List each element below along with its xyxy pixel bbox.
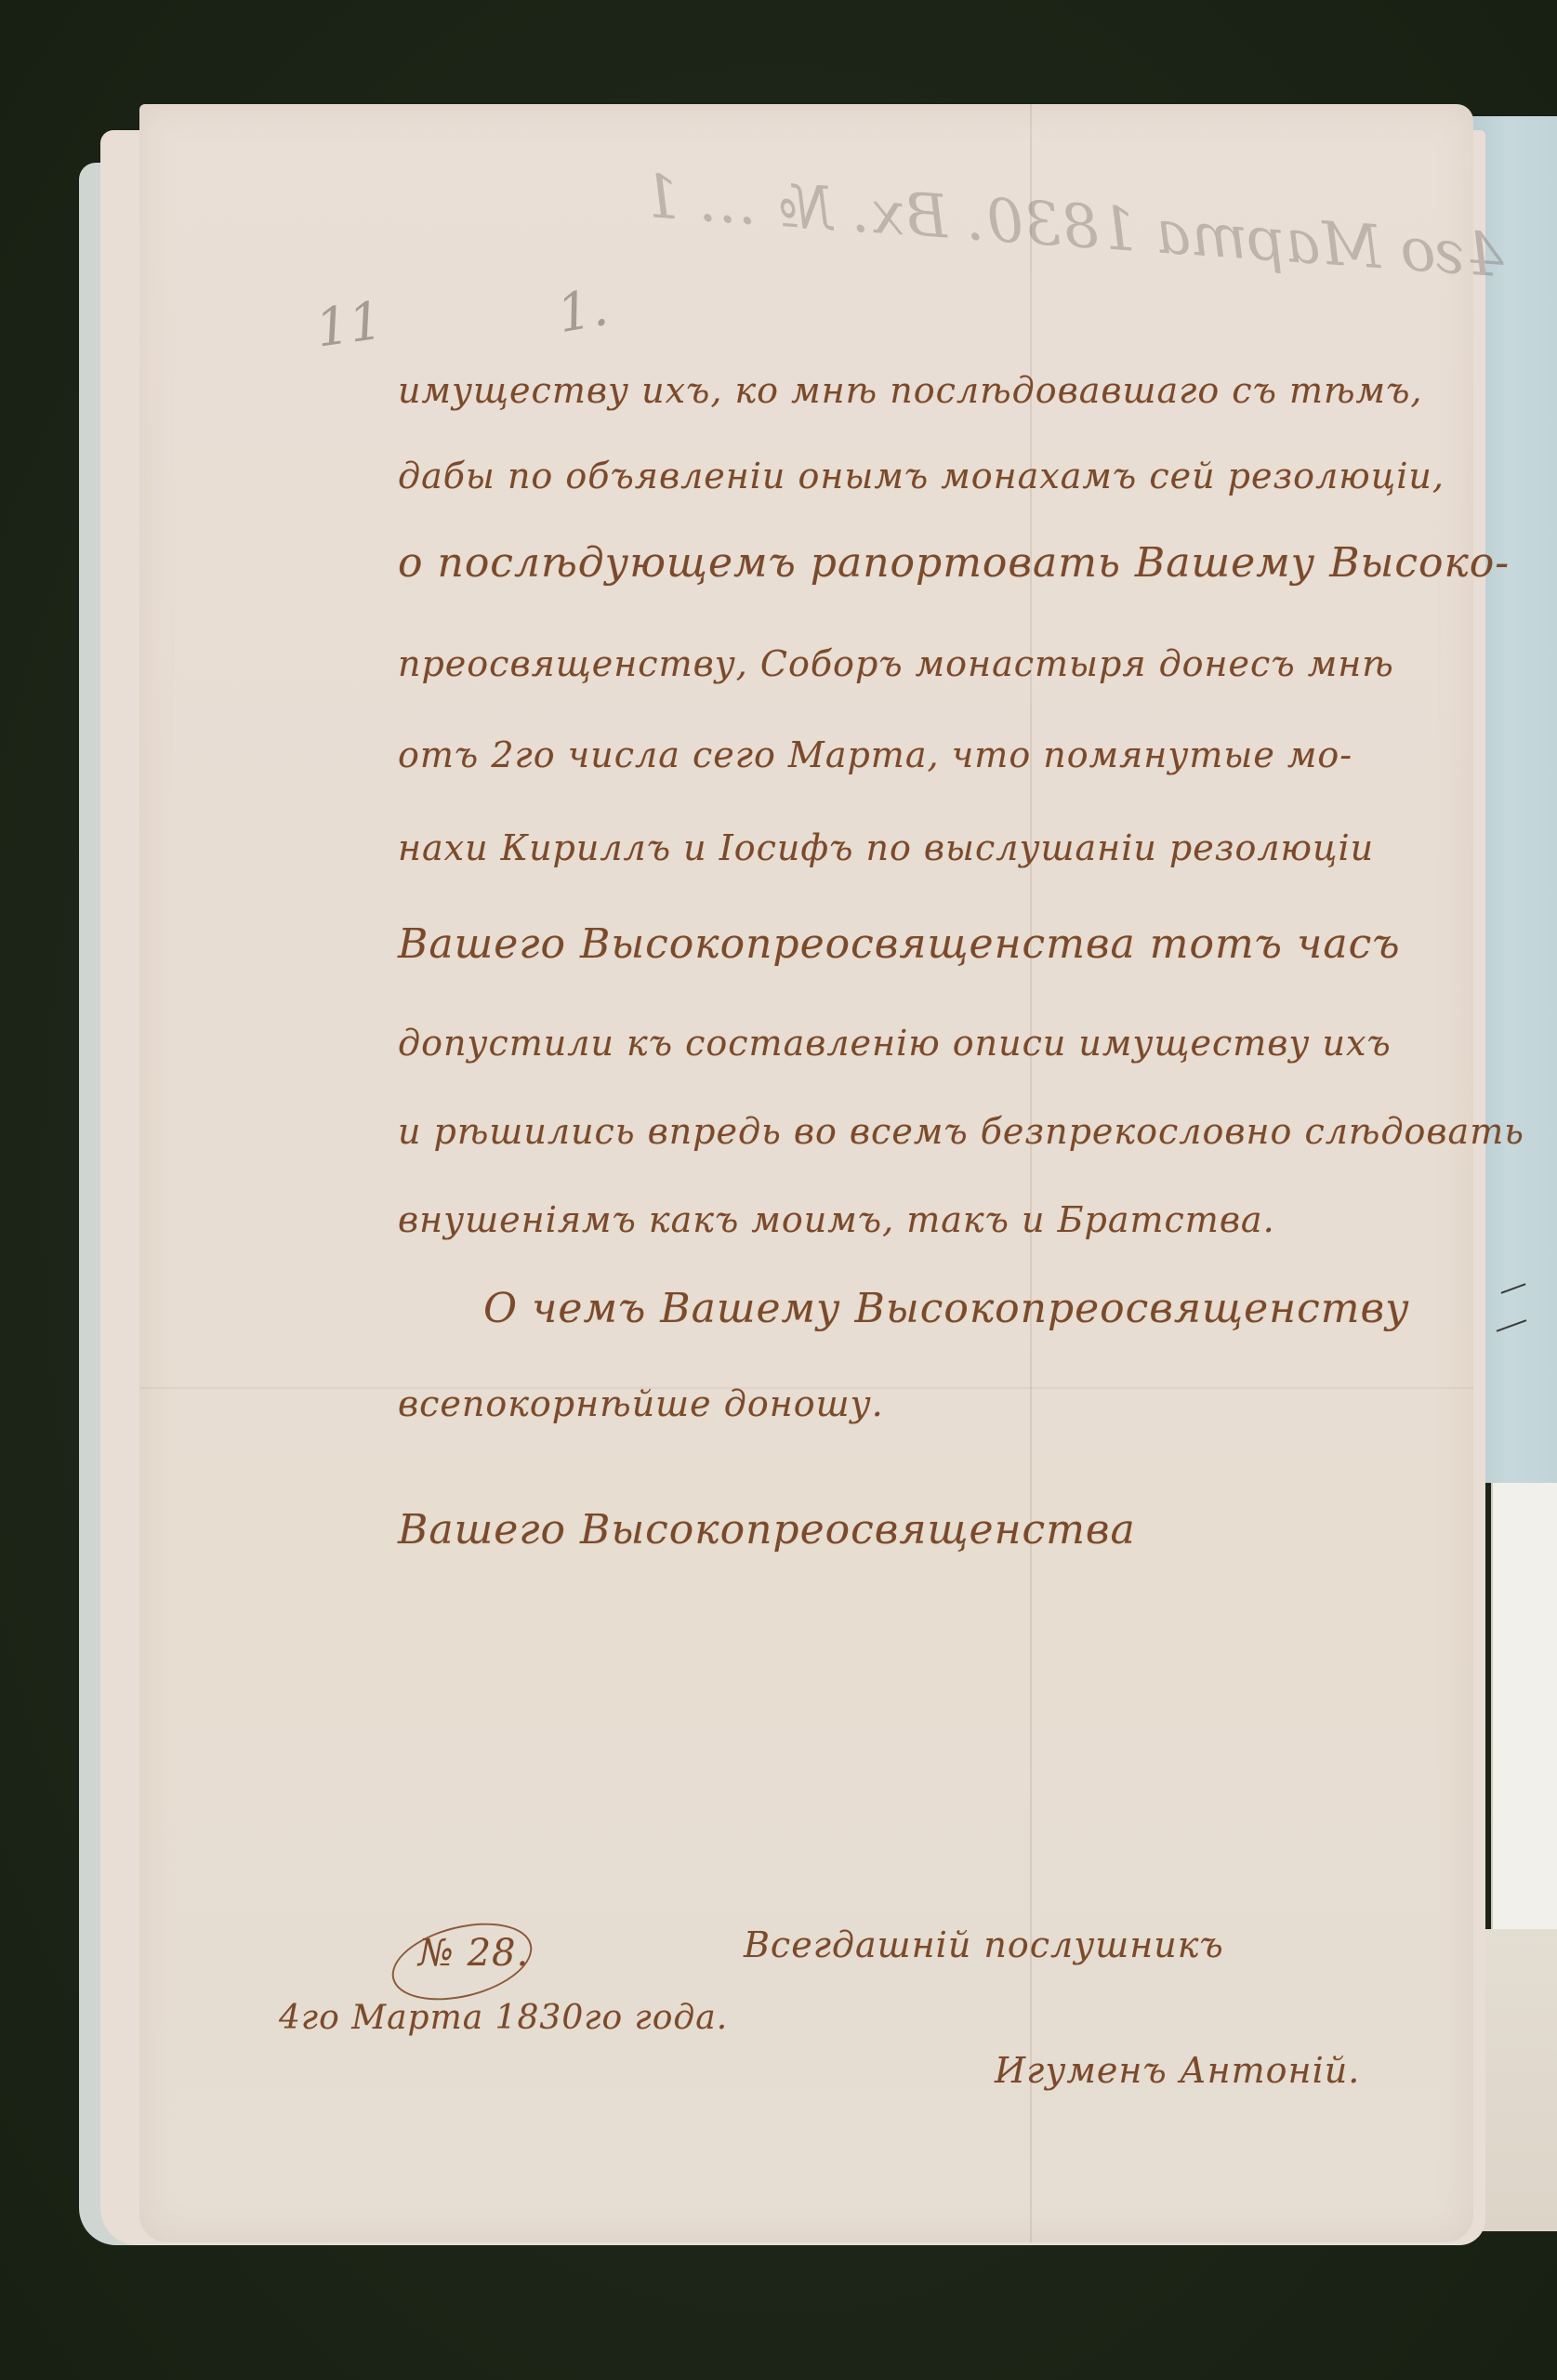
document-date: 4го Марта 1830го года. [279,1999,728,2037]
body-line-1: имуществу ихъ, ко мнѣ послѣдовавшаго съ … [398,370,1422,411]
body-line-6: нахи Кириллъ и Іосифъ по выслушаніи резо… [398,827,1374,868]
document-number: № 28. [418,1932,529,1975]
body-line-9: и рѣшились впредь во всемъ безпрекословн… [398,1111,1524,1152]
vertical-fold-line [1030,104,1032,2242]
body-line-4: преосвященству, Соборъ монастыря донесъ … [398,643,1394,684]
salutation: Вашего Высокопреосвященства [398,1506,1136,1554]
signature-line-1: Всегдашній послушникъ [744,1924,1224,1965]
ink-fragment [1497,1319,1527,1332]
pencil-mark-11: 11 [312,290,387,359]
pencil-mark-1: 1. [553,277,613,345]
closing-line-1: О чемъ Вашему Высокопреосвященству [483,1285,1410,1332]
body-line-3: о послѣдующемъ рапортовать Вашему Высоко… [398,539,1510,587]
ink-fragment [1501,1283,1526,1293]
body-line-7: Вашего Высокопреосвященства тотъ часъ [398,920,1401,968]
body-line-10: внушеніямъ какъ моимъ, такъ и Братства. [398,1199,1275,1240]
bleed-through-header: 4го Марта 1830. Вх. № … 1 [640,163,1507,292]
closing-line-2: всепокорнѣйше доношу. [398,1383,884,1424]
adjacent-white-card [1491,1483,1557,1929]
body-line-5: отъ 2го числа сего Марта, что помянутые … [398,734,1352,775]
document-page: 4го Марта 1830. Вх. № … 1 11 1. [139,104,1473,2242]
signature-line-2: Игуменъ Антоній. [995,2050,1360,2091]
body-line-2: дабы по объявленіи онымъ монахамъ сей ре… [398,456,1445,496]
body-line-8: допустили къ составленію описи имуществу… [398,1023,1392,1064]
